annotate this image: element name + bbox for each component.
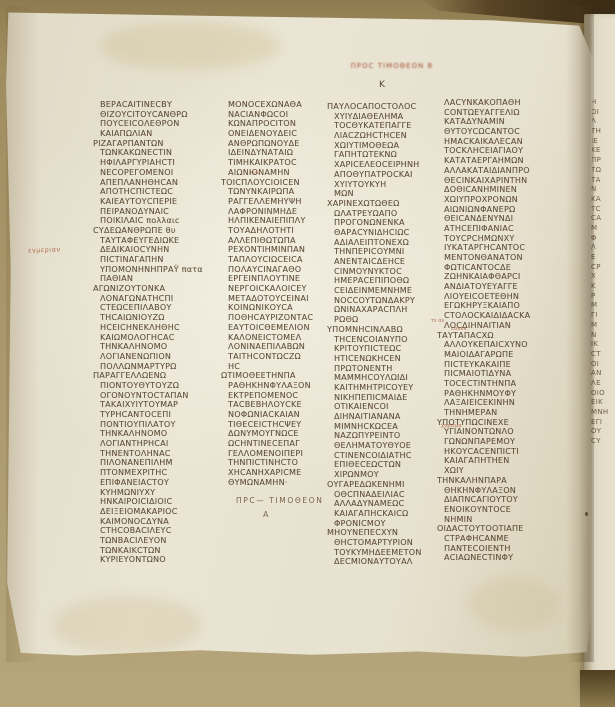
column-line: ΙΥΚΑΤΑΡΓΗCΑΝΤΟC [444,243,562,253]
column-line: ΓΩΝΩΝΠΑΡΕΜΟΥ [444,437,562,447]
column-line: ΔΕΙΞΕΙΟΜΑΚΑΡΙΟC [100,507,218,517]
column-line: ΤΙΘΕCΕΙCΤΗCΨΕΥ [228,420,346,430]
column-line: ΔΟΘΙCΑΝΗΜΙΝΕΝ [444,185,562,195]
column-line: ΑΛΛΟΥΚΕΠΑΙCΧΥΝΟ [444,340,562,350]
column-line: ΩCΗΝΤΙΝΕCΕΠΑΓ [228,439,346,449]
column-line: ΤΗΝΠΕΡΙCΟΥΜΝΙ [334,247,452,257]
column-line: ΤΑΠΛΟΥCΙΩCΕΙCΑ [228,255,346,265]
column-line: ΤΩΝΒΑCΙΛΕΥΟΝ [100,536,218,546]
column-line: ΩΝΙΝΑΧΑΡΑCΠΛΗ [334,305,452,315]
margin-note-col3: cονεκ [451,326,467,332]
column-line: ΑΛΛΑΔΥΝΑΜΕΩC [334,499,452,509]
column-line: CΕΙΔΕΙΝΜΕΜΝΗΜΕ [334,286,452,296]
stain [468,578,558,630]
column-line: ΜΗΟΥΝΕΠΕCΧΥΝ [327,528,452,538]
column-line: ΤΑΥΤΑΦΕΥΓΕΔΙΩΚΕ [100,236,218,246]
column-line: ΧΗCΑΝΗΧΑΡΙCΜΕ [228,468,346,478]
column-line: ΕΚΤΡΕΠΟΜΕΝΟC [228,391,346,401]
ink-speck [585,512,588,516]
column-line: ΤΑΚΑΙΧΥΙΥΤΟΥΜΑΡ [100,400,218,410]
column-line: ΧΥΙΥΤΟΥΚΥΗ [334,180,452,190]
column-line: ΧΑΡΙCΕΛΕΟCΕΙΡΗΝΗ [334,160,452,170]
column-line: ΤΗΝΚΑΛΗΝΠΑΡΑ [437,476,562,486]
column-line: ΤΗCΕΝCΟΙΑΝΥΠΟ [334,335,452,345]
column-line: ΠΟΥCΕΙCΟΛΕΘΡΟΝ [100,119,218,129]
column-line: ΤΟCΘΥΚΑΤΕΠΑΓΓΕ [334,121,452,131]
column-line: ΗΜΕΡΑCΕΠΙΠΟΘΩ [334,276,452,286]
column-line: ΚΑΙΑΓΑΠΗCΚΑΙCΩ [334,509,452,519]
column-line: ΑΝΘΡΩΠΩΝΟΥΔΕ [228,139,346,149]
column-line: ΛΟΓΙΑΝΤΗΡΗCΑΙ [100,439,218,449]
column-line: ΔΙΑΠΝCΑΓΙΟΥΤΟΥ [444,495,562,505]
column-line: ΝΕΡΓΟΙCΚΑΛΟΙCΕΥ [228,284,346,294]
column-line: ΘΕΛΗΜΑΤΟΥΘΥΟΕ [334,441,452,451]
column-line: ΠΡΩΤΟΝΕΝΤΗ [334,364,452,374]
column-line: ΛΟΓΙΑΝΕΝΩΠΙΟΝ [100,352,218,362]
column-line: ΗC [228,362,346,372]
column-line: ΑΠΟΘΥΠΑΤΡΟCΚΑΙ [334,170,452,180]
column-line: ΑCΙΑΩΝΕCΤΙΝΦΥ [444,553,562,563]
column-line: ΔΕCΜΙΟΝΑΥΤΟΥΑΛ [334,557,452,567]
column-line: ΤΗΝΠΙCΤΙΝΗCΤΟ [228,458,346,468]
column-line: CΟΝΤΩΕΥΑΓΓΕΛΙΩ [444,108,562,118]
column-line: ΠΟΛΑΥCΙΝΑΓΑΘΟ [228,265,346,275]
column-line: ΑΛΛΕΠΙΘΩΤΩΠΑ [228,236,346,246]
column-line: ΚΥΡΙΕΥΟΝΤΩΝΟ [100,555,218,565]
column-line: ΤΟΥCΡCΗΜΩΝΧΥ [444,234,562,244]
column-line: ΠΑΘΙΑΝ [100,274,218,284]
margin-note-left: εγμεριαν [28,245,61,254]
column-line: ΤΥΡΗCΑΝΤΟCΕΠΙ [100,410,218,420]
column-line: ΩΤΙΜΟΘΕΕΤΗΝΠΑ [221,371,346,381]
column-line: ΟΘCΠΝΑΔΕΙΛΙΑC [334,490,452,500]
column-line: ΦΡΟΝΙCΜΟΥ [334,519,452,529]
column-line: ΛΙΑCΖΩΗCΤΗCΕΝ [334,131,452,141]
faded-running-title: ΠΡΟC ΤΙΜΟΘΕΟΝ Β [342,62,442,70]
column-line: ΤΗΝΚΑΛΗΝΟΜΟ [100,342,218,352]
column-line: ΠΤΟΝΜΕΧΡΙΤΗC [100,468,218,478]
column-line: ΚΩΝΑΠΡΟCΙΤΟΝ [228,119,346,129]
page-fold [566,6,594,662]
column-line: ΜΕΝΤΟΝΘΑΝΑΤΟΝ [444,253,562,263]
column-line: ΝΟΦΩΝΙΑCΚΑΙΑΝ [228,410,346,420]
manuscript-photo: ΗΟΙΛΤΗΙΕΚΕΠΡΤΩΤΑΝΚΑΤCCΑΜΦΛΕCΡΧΚΡΜΓΙΜΝΙΚC… [0,0,615,707]
column-line: ΚΑΤΑΔΥΝΑΜΙΝ [444,117,562,127]
column-line: ΔΕΔΙΚΑΙΟCΥΝΗΝ [100,245,218,255]
column-line: ΠΙCΤΙΝΑΓΑΠΗΝ [100,255,218,265]
column-line: ΑΤΗCΕΠΙΦΑΝΙΑC [444,224,562,234]
column-line: ΓΕΛΛΟΜΕΝΟΙΠΕΡΙ [228,449,346,459]
column-line: ΕΝΟΙΚΟΥΝΤΟCΕ [444,505,562,515]
column-line: ΟΥΓΑΡΕΔΩΚΕΝΗΜΙ [327,480,452,490]
column-line: ΠΡΟΓΟΝΩΝΕΝΚΑ [334,218,452,228]
column-line: ΥΠΟΜΟΝΗΝΗΠΡΑΫ πατα [100,265,218,275]
margin-note-charisma: χαριcμα [441,424,462,429]
column-line: ΚΥΗΜΩΝΙΥΧΥ [100,488,218,498]
column-line: ΤΟΥΑΔΗΛΟΤΗΤΙ [228,226,346,236]
stain [100,22,280,70]
column-line: ΝΑΖΩΠΥΡΕΙΝΤΟ [334,431,452,441]
column-line: ΠΙΟΝΤΟΥΘΥΤΟΥΖΩ [100,381,218,391]
column-line: ΑΔΙΑΛΕΙΠΤΟΝΕΧΩ [334,238,452,248]
column-line: ΧΙΡΩΝΜΟΥ [334,470,452,480]
column-line: ΠΙCΤΕΥΚΑΚΑΙΠΕ [444,360,562,370]
column-line: ΑΙΩΝΙΟΝΑΜΗΝ [228,168,346,178]
column-line: ΒΕΡΑCΑΙΤΙΝΕCΒΥ [100,100,218,110]
column-line: ΡΙΖΑΓΑΡΠΑΝΤΩΝ [93,139,218,149]
column-line: ΚΟΙΝΩΝΙΚΟΥCΑ [228,303,346,313]
column-line: CΤΙΝΕΝCΟΙΔΙΑΤΗC [334,451,452,461]
column-line: ΗΦΙΛΑΡΓΥΡΙΑΗCΤΙ [100,158,218,168]
column-line: ΗCΕΙCΗΝΕΚΛΗΘΗC [100,323,218,333]
column-line: ΠΑΝΤΕCΟΙΕΝΤΗ [444,544,562,554]
column-line: ΡΑΘΗΚΗΝΜΟΥΦΥ [444,389,562,399]
column-line: ΛΙΟΥΕΙCΟΕΤΕΘΗΝ [444,292,562,302]
column-line: ΠΟΙΚΙΛΑΙC πολλαιc [100,216,218,226]
column-line: ΦΩΤΙCΑΝΤΟCΔΕ [444,263,562,273]
column-line: CΙΝΜΟΥΝΥΚΤΟC [334,267,452,277]
column-line: ΝΗΜΙΝ [444,515,562,525]
column-line: ΚΑΙΑΓΑΠΗΤΗΕΝ [444,456,562,466]
column-line: ΠΟΘΗCΑΥΡΙΖΟΝΤΑC [228,313,346,323]
column-line: ΜΙΜΝΗCΚΩCΕΑ [334,422,452,432]
column-line: ΕΓΩΚΗΡΥΞΚΑΙΑΠΟ [444,301,562,311]
column-line: ΚΑΙΕΑΥΤΟΥCΠΕΡΙΕ [100,197,218,207]
column-line: ΠΑΥΛΟCΑΠΟCΤΟΛΟC [327,102,452,112]
column-line: ΛΑCΥΝΚΑΚΟΠΑΘΗ [444,98,562,108]
column-line: ΓΑΠΗΤΩΤΕΚΝΩ [334,150,452,160]
column-line: ΘΕΙCΑΝΔΕΝΥΝΔΙ [444,214,562,224]
column-line: ΝΕCΟΡΕΓΟΜΕΝΟΙ [100,168,218,178]
column-line: ΕΠΙΦΑΝΕΙΑCΤΟΥ [100,478,218,488]
column-line: ΘΕCΙΝΚΑΙΧΑΡΙΝΤΗΝ [444,176,562,186]
column-line: ΟΤΙΚΑΙΕΝCΟΙ [334,402,452,412]
column-line: ΠΙCΜΑΙΟΤΙΔΥΝΑ [444,369,562,379]
column-line: ΠΑΡΑΓΓΕΛΛΩΕΝΩ [93,371,218,381]
text-column-2: ΜΟΝΟCΕΧΩΝΑΘΑΝΑCΙΑΝΦΩCΟΙΚΩΝΑΠΡΟCΙΤΟΝΟΝΕΙΔ… [228,100,346,488]
column-line: ΑΠΕΠΛΑΝΗΘΗCΑΝ [100,178,218,188]
column-line: CΤΡΑΦΗCΑΝΜΕ [444,534,562,544]
column-line: ΟΝΕΙΔΕΝΟΥΔΕΙC [228,129,346,139]
column-line: ΧΩΙΥΤΙΜΟΘΕΩΑ [334,141,452,151]
column-line: ΜΩΝ [334,189,452,199]
column-line: ΑΛΛΑΚΑΤΑΙΔΙΑΝΠΡΟ [444,166,562,176]
column-line: ΤΟCΚΛΗCΕΙΑΓΙΑΟΥ [444,146,562,156]
column-line: ΤΙΜΗΚΑΙΚΡΑΤΟC [228,158,346,168]
column-line: ΘΥΤΟΥCΩCΑΝΤΟC [444,127,562,137]
column-line: ΘΗCΤΟΜΑΡΤΥΡΙΟΝ [334,538,452,548]
interlinear-note: κυω [250,170,260,176]
column-line: ΘΙΖΟΥCΙΤΟΥCΑΝΘΡΩ [100,110,218,120]
column-line: ΧΩΙΥ [444,466,562,476]
column-line: ΤΟCΕCΤΙΝΤΗΝΠΑ [444,379,562,389]
column-line: ΤΗΝΕΝΤΟΛΗΝΑC [100,449,218,459]
column-line: ΧΑΡΙΝΕΧΩΤΩΘΕΩ [327,199,452,209]
column-line: CΥΔΕΩΑΝΘΡΩΠΕ θυ [93,226,218,236]
column-line: ΙΔΕΙΝΔΥΝΑΤΑΙΩ [228,148,346,158]
column-line: ΠΟΛΛΩΝΜΑΡΤΥΡΩ [100,362,218,372]
column-line: ΑΓΩΝΙΖΟΥΤΟΝΚΑ [93,284,218,294]
subscription-line: ΠΡC— ΤΙΜΟΘΕΟΝ [236,496,323,505]
column-line: ΛΟΝΙΝΑΕΠΙΛΑΒΩΝ [228,342,346,352]
coronis-mark: Α [263,510,268,519]
column-line: ΑΙΩΝΙΩΝΦΑΝΕΡΩ [444,205,562,215]
page-left-edge-shading [6,6,40,662]
column-line: CΤΟΛΟCΚΑΙΔΙΔΑCΚΑ [444,311,562,321]
column-line: ΘΗΚΗΝΦΥΛΑΞΟΝ [444,486,562,496]
column-line: ΠΕΙΡΑΝΟΔΥΝΑΙC [100,207,218,217]
column-line: ΟΓΟΝΟΥΝΤΟCΤΑΠΑΝ [100,391,218,401]
column-line: ΗΛΠΙΚΕΝΑΙΕΠΙΠΛΥ [228,216,346,226]
column-line: ΜΑΙΟΙΔΑΓΑΡΩΠΕ [444,350,562,360]
column-line: ΜΑΜΜΗCΟΥΛΩΙΔΙ [334,373,452,383]
column-line: ΤΩΝΚΑΙΚCΤΩΝ [100,546,218,556]
column-line: ΗΝΚΑΙΡΟΙCΙΔΙΟΙC [100,497,218,507]
column-line: ΚΑΙΜΟΝΟCΔΥΝΑ [100,517,218,527]
text-column-1: ΒΕΡΑCΑΙΤΙΝΕCΒΥΘΙΖΟΥCΙΤΟΥCΑΝΘΡΩΠΟΥCΕΙCΟΛΕ… [100,100,218,565]
column-line: ΑΝΕΝΤΑΙCΔΕΗCΕ [334,257,452,267]
column-line: ΟΙΔΑCΤΟΥΤΟΟΤΙΑΠΕ [437,524,562,534]
column-line: ΥΠΟΜΝΗCΙΝΛΑΒΩ [327,325,452,335]
column-line: ΗΤΙCΕΝΩΚΗCΕΝ [334,354,452,364]
column-line: ΤΟΙCΠΛΟΥCΙΟΙCΕΝ [221,178,346,188]
column-line: ΠΟΝΤΙΟΥΠΙΛΑΤΟΥ [100,420,218,430]
superscript-correction: τε αυ [431,318,445,324]
column-line: ΠΙΛΟΝΑΝΕΠΙΛΗΜ [100,458,218,468]
column-line: ΝΟCCΟΥΤΩΝΔΑΚΡΥ [334,296,452,306]
quire-mark: K [379,80,385,90]
column-line: ΚΑΤΑΤΑΕΡΓΑΗΜΩΝ [444,156,562,166]
column-line: ΤΩΝΥΝΚΑΙΡΩΠΑ [228,187,346,197]
column-line: ΚΑΙΤΗΜΗΤΡΙCΟΥΕΥ [334,383,452,393]
column-line: ΑΝΔΙΑΤΟΥΕΥΑΓΓΕ [444,282,562,292]
column-line: ΕΡΓΕΙΝΠΛΟΥΤΙΝΕ [228,274,346,284]
column-line: ΚΡΙΤΟΥΠΙCΤΕΩC [334,344,452,354]
column-line: ΕΠΙΘΕCΕΩCΤΩΝ [334,460,452,470]
column-line: ΡΑΘΗΚΗΝΦΥΛΑΞΟΝ [228,381,346,391]
column-line: ΩΛΑΤΡΕΥΩΑΠΟ [334,209,452,219]
column-line: ΜΕΤΑΔΟΤΟΥCΕΙΝΑΙ [228,294,346,304]
column-line: ΛΑΞΑΙΕΙCΕΚΙΝΗΝ [444,398,562,408]
column-line: ΤΟΥΚΥΜΗΔΕΕΜΕΤΟΝ [334,548,452,558]
column-line: ΧΥΙΥΔΙΑΘΕΛΗΜΑ [334,112,452,122]
column-line: ΘΑΡΑCΥΝΙΔΗCΙΩC [334,228,452,238]
stain [52,596,202,654]
column-line: ΤΩΝΚΑΚΩΝΕCΤΙΝ [100,148,218,158]
column-line: ΡΕΧΟΝΤΙΗΜΙΝΠΑΝ [228,245,346,255]
column-line: ΤΑCΒΕΒΗΛΟΥCΚΕ [228,400,346,410]
column-line: CΤΕΩCΕΠΙΛΑΒΟΥ [100,303,218,313]
column-line: ΝΙΚΗΠΕΠΙCΜΑΙΔΕ [334,393,452,403]
column-line: ΧΩΙΥΠΡΟΧΡΟΝΩΝ [444,195,562,205]
column-line: ΤΗΝΚΑΛΗΝΟΜΟ [100,429,218,439]
column-line: ΖΩΗΝΚΑΙΑΦΘΑΡCΙ [444,272,562,282]
column-line: ΗΜΑCΚΑΙΚΑΛΕCΑΝ [444,137,562,147]
column-line: ΛΟΝΑΓΩΝΑΤΗCΠΙ [100,294,218,304]
column-line: ΔΩΝΥΜΟΥΓΝΩCΕ [228,429,346,439]
column-line: ΤΗΝΗΜΕΡΑΝ [444,408,562,418]
text-column-3: ΠΑΥΛΟCΑΠΟCΤΟΛΟCΧΥΙΥΔΙΑΘΕΛΗΜΑΤΟCΘΥΚΑΤΕΠΑΓ… [334,102,452,567]
column-line: ΚΑΙΑΠΩΛΙΑΝ [100,129,218,139]
stack-shadow [580,670,615,707]
column-line: ΔΙΗΝΑΙΤΙΑΝΑΝΑ [334,412,452,422]
column-line: ΤΗCΑΙΩΝΙΟΥΖΩ [100,313,218,323]
column-line: CΤΗCΟΒΑCΙΛΕΥC [100,526,218,536]
column-line: ΗΚΟΥCΑCΕΝΠΙCΤΙ [444,447,562,457]
column-line: ΤΑΙΤΗCΟΝΤΩCΖΩ [228,352,346,362]
column-line: ΚΑΙΩΜΟΛΟΓΗCΑC [100,333,218,343]
column-line: ΑΠΟΤΗCΠΙCΤΕΩC [100,187,218,197]
